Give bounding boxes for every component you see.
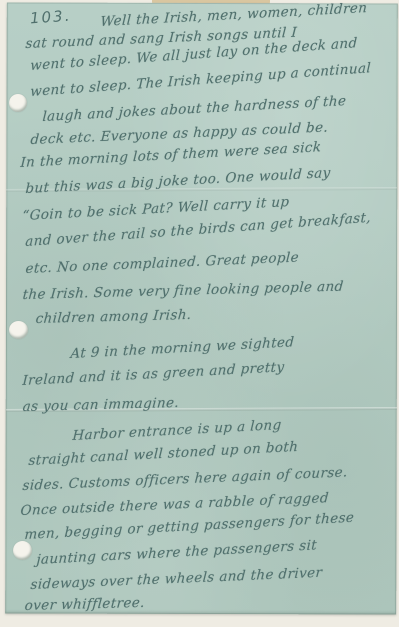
handwritten-line: over whiffletree. <box>24 595 146 614</box>
punch-hole <box>9 94 27 112</box>
scanned-letter-page: 103. Well the Irish, men, women, childre… <box>0 0 399 627</box>
punch-hole <box>13 541 32 560</box>
punch-hole <box>9 321 28 339</box>
page-number: 103. <box>29 7 72 28</box>
